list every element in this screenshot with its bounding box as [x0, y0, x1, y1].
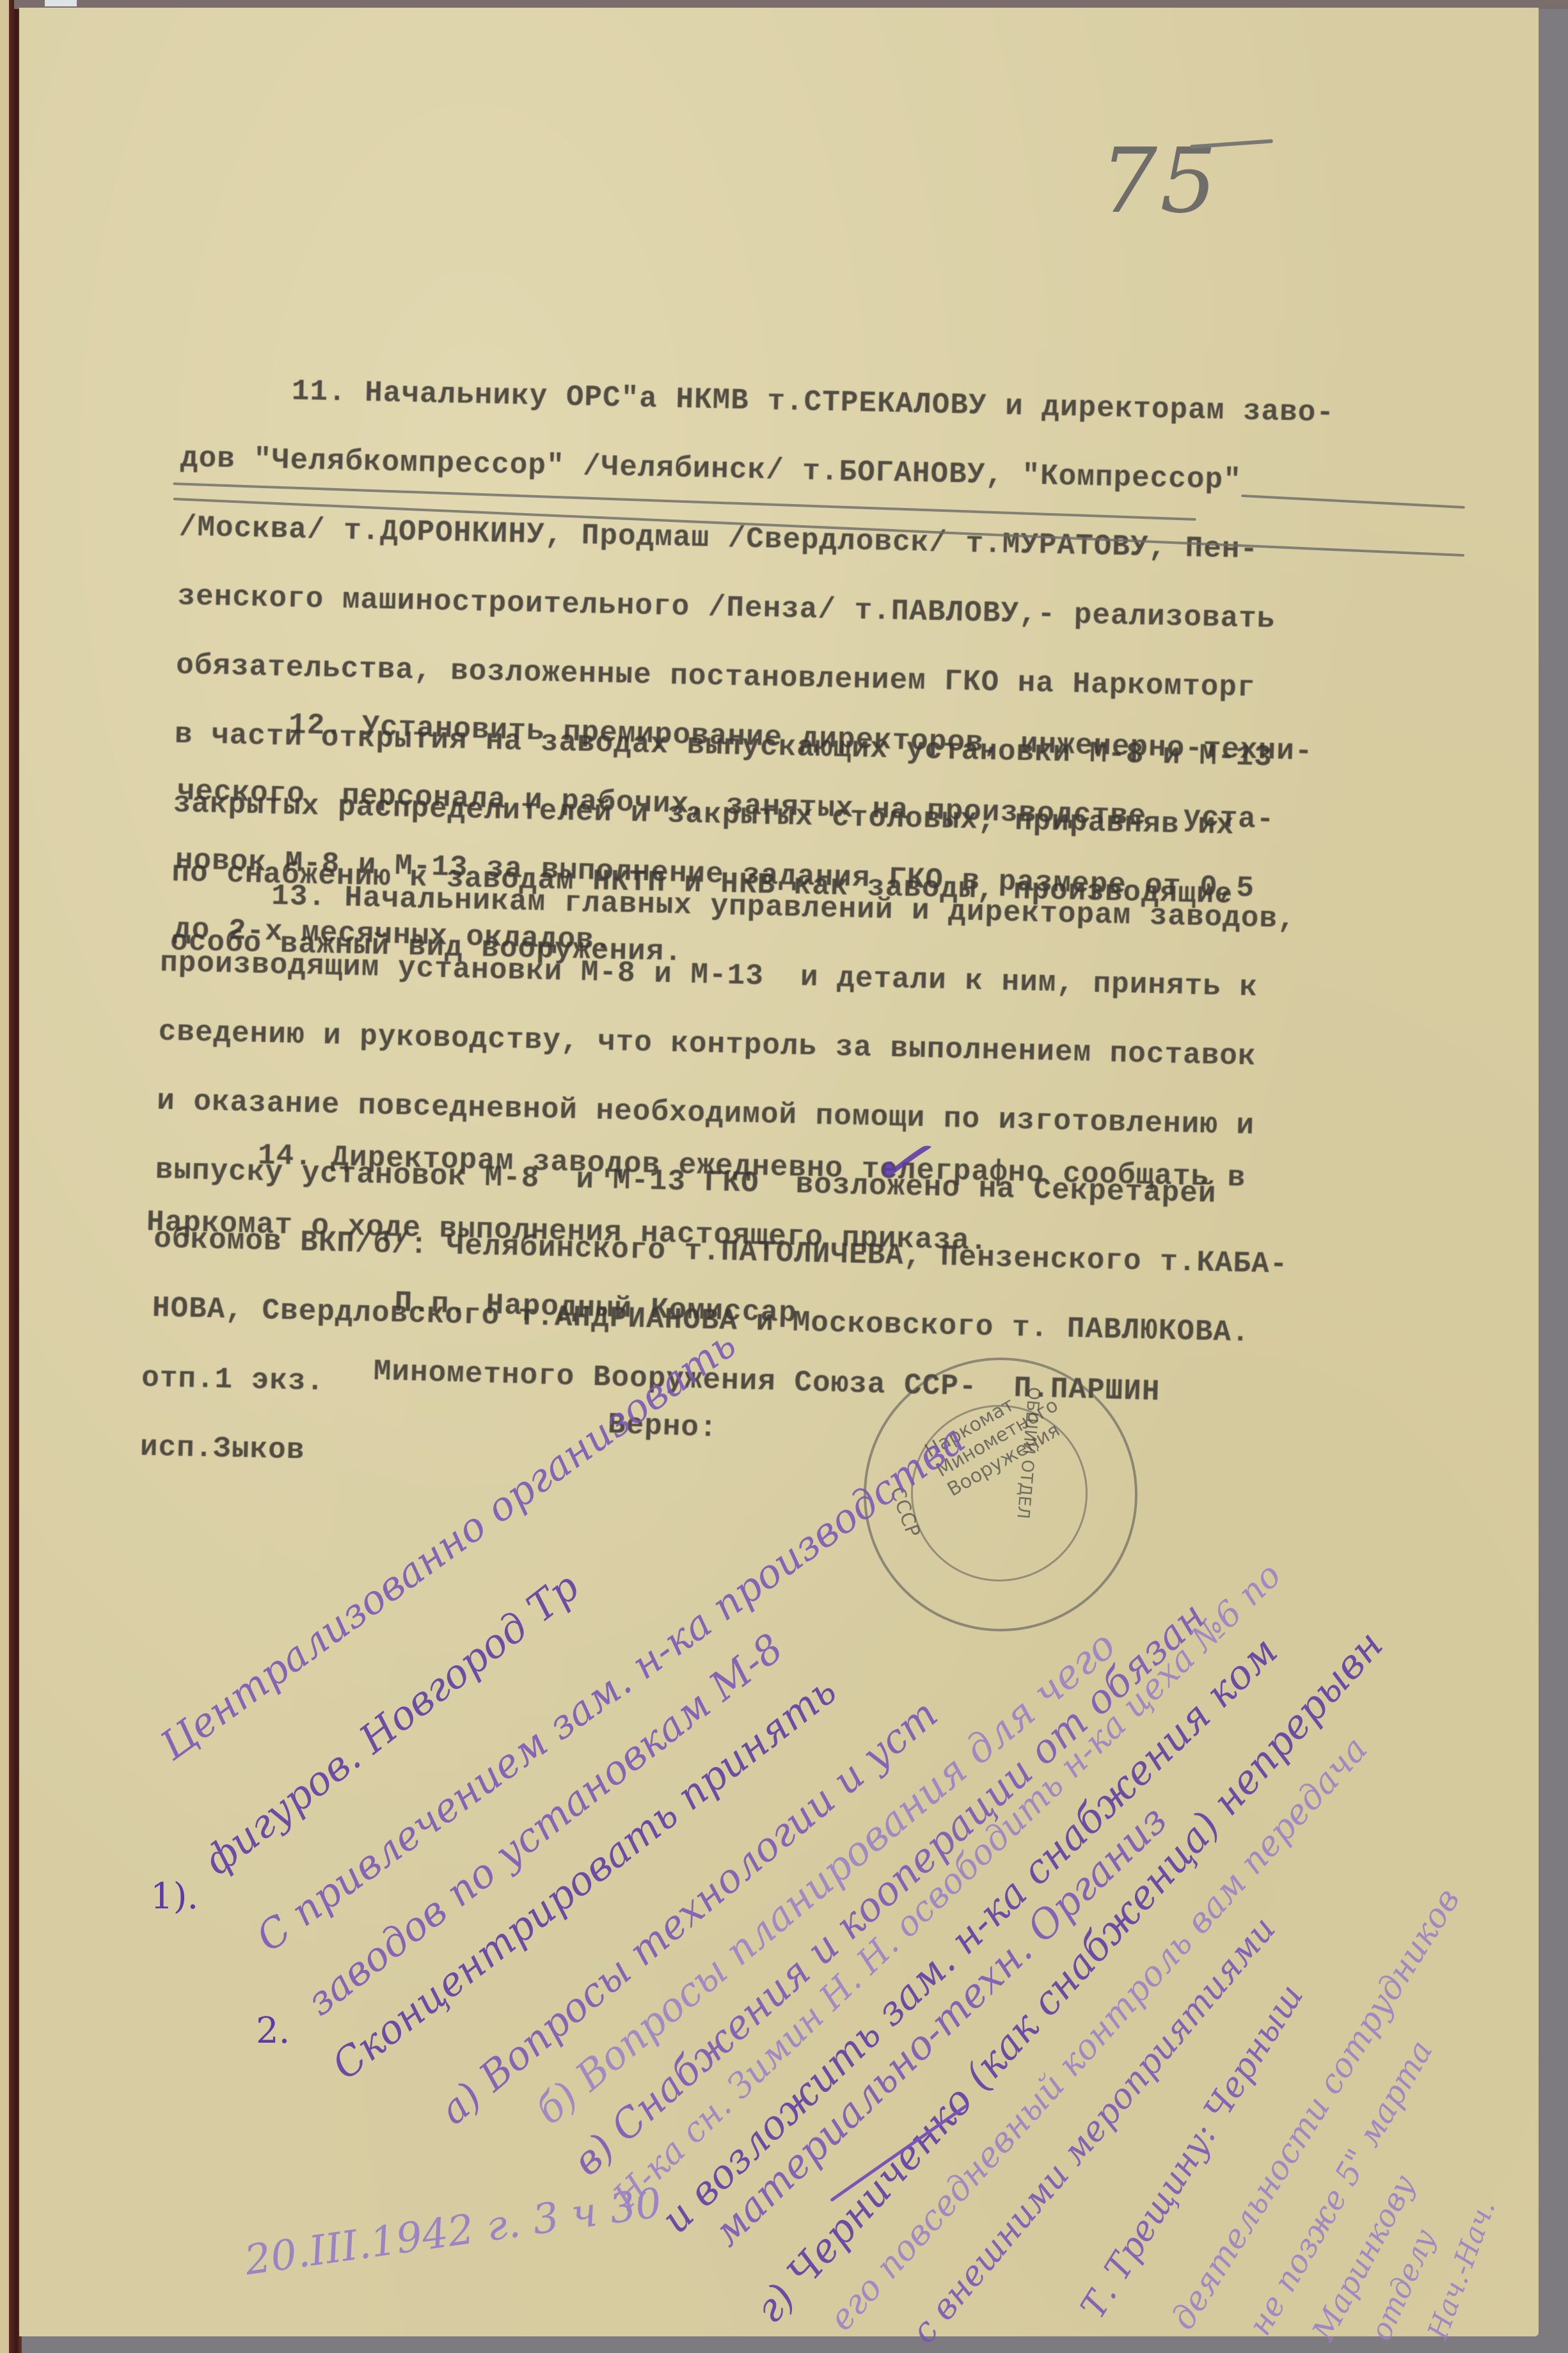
paragraph-line: производящим установки М-8 и М-13 и дета… — [160, 951, 1295, 1000]
executor-note: исп.Зыков — [140, 1436, 324, 1462]
handwritten-line: Нач.-Нач. — [1421, 2196, 1501, 2343]
paragraph-line: зенского машиностроительного /Пенза/ т.П… — [177, 585, 1330, 632]
signature-title: П.п. Народный Комиссар — [375, 1291, 1162, 1335]
document-page: 75 11. Начальнику ОРС"а НКМВ т.СТРЕКАЛОВ… — [19, 8, 1539, 2336]
handwritten-date: 20.III.1942 г. 3 ч 30 — [242, 2180, 665, 2285]
margin-number-2: 2. — [256, 2010, 290, 2052]
archive-tab — [45, 0, 77, 6]
paragraph-line: ческого персонала и рабочих, занятых на … — [177, 780, 1311, 832]
paragraph-line: сведению и руководству, что контроль за … — [158, 1020, 1293, 1069]
paragraph-line: Наркомат о ходе выполнения настоящего пр… — [147, 1211, 1245, 1259]
copies-note: отп.1 экз. — [141, 1367, 325, 1393]
paragraph-line: 11. Начальнику ОРС"а НКМВ т.СТРЕКАЛОВУ и… — [182, 377, 1334, 425]
paragraph-line: 12. Установить премирование директоров, … — [178, 711, 1313, 763]
paragraph-line: 14. Директорам заводов ежедневно телегра… — [148, 1142, 1246, 1190]
paragraph-line: дов "Челябкомпрессор" /Челябинск/ т.БОГА… — [180, 447, 1333, 494]
paragraph-line: 13. Начальникам главных управлений и дир… — [161, 882, 1296, 931]
margin-number-1: 1). — [150, 1876, 198, 1917]
distribution-block: отп.1 экз. исп.Зыков — [139, 1320, 326, 1509]
